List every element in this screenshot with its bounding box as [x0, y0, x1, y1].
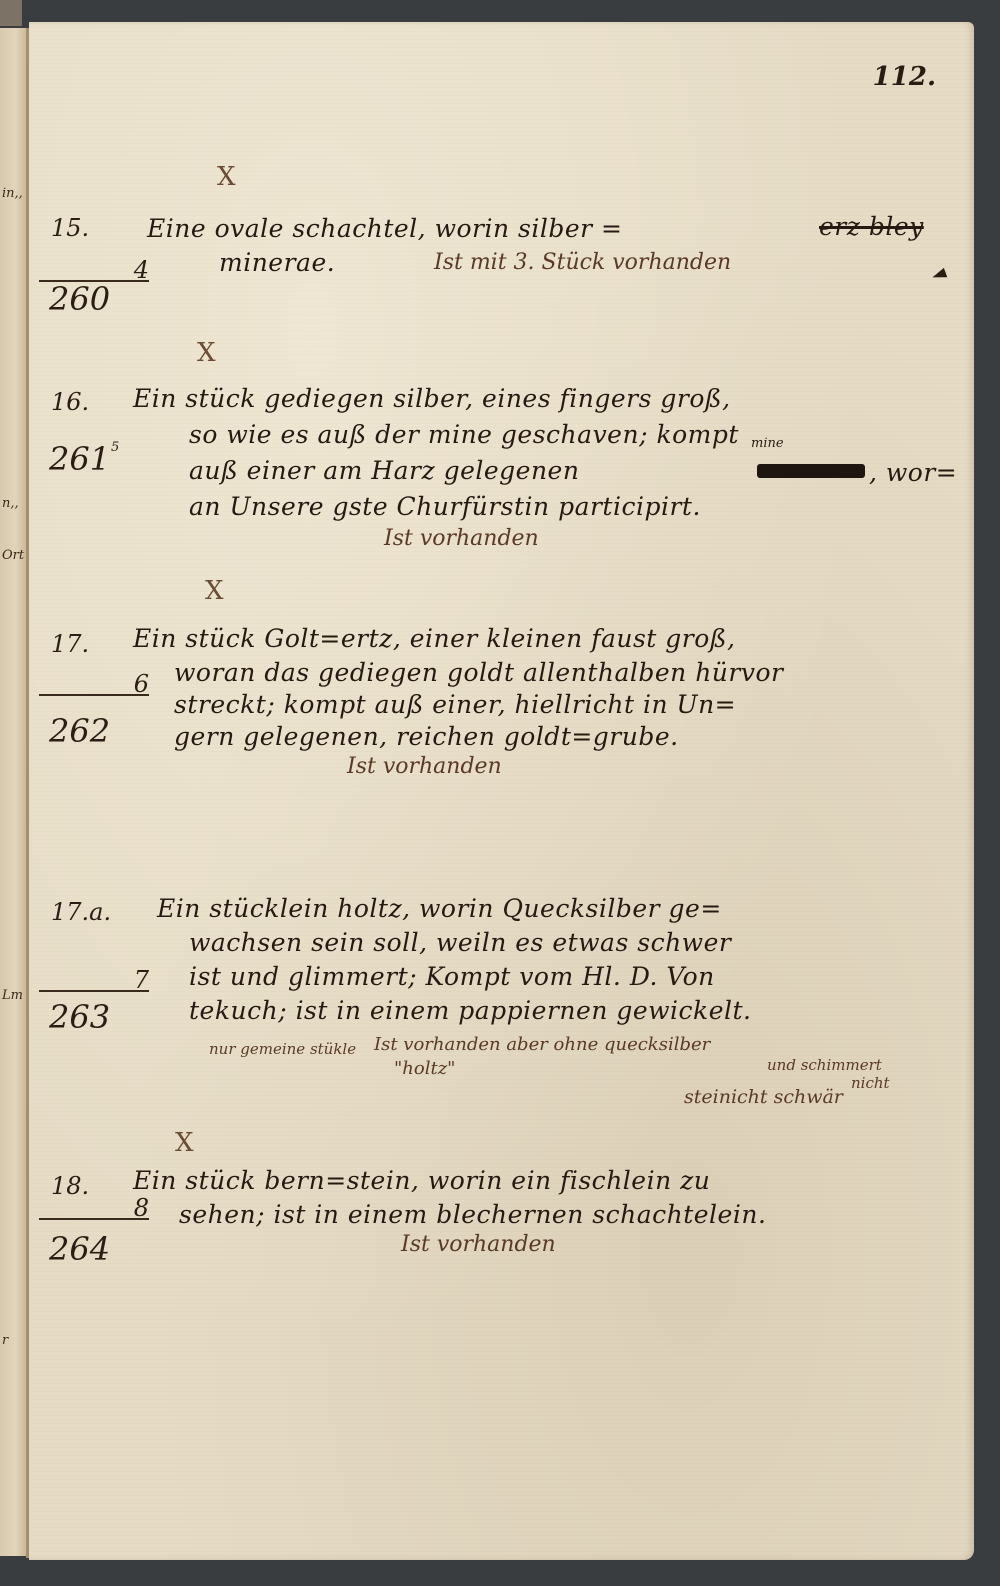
struck-text: erz bley	[819, 212, 924, 241]
entry-number: 15.	[51, 214, 89, 242]
previous-page-edge: in,, n,, Ort Lm r	[0, 28, 27, 1556]
folio-number: 112.	[873, 62, 936, 92]
margin-fragment: r	[2, 1333, 8, 1348]
verification-note: Ist vorhanden aber ohne quecksilber	[374, 1034, 710, 1055]
catalog-number: 262	[49, 712, 110, 750]
margin-fragment: in,,	[2, 186, 23, 201]
entry-number: 18.	[51, 1172, 89, 1200]
entry-text-line: Ein stück gediegen silber, eines fingers…	[133, 384, 731, 413]
ink-blot-deletion	[757, 464, 865, 478]
entry-text-line: so wie es auß der mine geschaven; kompt	[189, 420, 739, 449]
margin-fragment: Lm	[2, 988, 23, 1003]
entry-text-line: an Unsere gste Churfürstin participirt.	[189, 492, 701, 521]
entry-text-line: Ein stücklein holtz, worin Quecksilber g…	[157, 894, 722, 923]
verification-note: Ist vorhanden	[401, 1232, 556, 1257]
annotation-right-mid: nicht	[851, 1074, 890, 1092]
check-mark-icon: X	[175, 1130, 194, 1156]
entry-text-line: Ein stück bern=stein, worin ein fischlei…	[133, 1166, 710, 1195]
annotation-left: nur gemeine stükle	[209, 1040, 356, 1058]
entry-text-line: sehen; ist in einem blechernen schachtel…	[179, 1200, 766, 1229]
check-mark-icon: X	[197, 340, 216, 366]
entry-text-line: streckt; kompt auß einer, hiellricht in …	[174, 690, 736, 719]
catalog-number: 264	[49, 1230, 110, 1268]
entry-number: 17.	[51, 630, 89, 658]
catalog-number: 263	[49, 998, 110, 1036]
annotation-right-top: und schimmert	[767, 1056, 882, 1074]
entry-text-line: Ein stück Golt=ertz, einer kleinen faust…	[133, 624, 735, 653]
entry-number: 17.a.	[51, 898, 111, 926]
verification-note: Ist mit 3. Stück vorhanden	[434, 250, 731, 275]
verification-note: Ist vorhanden	[347, 754, 502, 779]
margin-fragment: n,,	[2, 496, 19, 511]
catalog-number: 260	[49, 280, 110, 318]
annotation-holtz: "holtz"	[394, 1058, 455, 1079]
check-mark-icon: X	[205, 578, 224, 604]
entry-text-line: ist und glimmert; Kompt vom Hl. D. Von	[189, 962, 715, 991]
catalog-superscript: 5	[111, 440, 119, 455]
insertion-above: mine	[751, 436, 784, 451]
entry-text-line: , wor=	[869, 458, 957, 487]
entry-text-line: minerae.	[219, 248, 335, 277]
book-edge	[0, 0, 22, 26]
entry-number: 16.	[51, 388, 89, 416]
verification-note: Ist vorhanden	[384, 526, 539, 551]
entry-text-line: auß einer am Harz gelegenen	[189, 456, 579, 485]
entry-text-line: Eine ovale schachtel, worin silber =	[147, 214, 622, 243]
catalog-number: 261	[49, 440, 110, 478]
margin-fragment: Ort	[2, 548, 24, 563]
annotation-right-bottom: steinicht schwär	[684, 1086, 843, 1108]
entry-text-line: tekuch; ist in einem pappiernen gewickel…	[189, 996, 752, 1025]
check-mark-icon: X	[217, 164, 236, 190]
entry-text-line: woran das gediegen goldt allenthalben hü…	[174, 658, 784, 687]
entry-text-line: gern gelegenen, reichen goldt=grube.	[174, 722, 679, 751]
ink-mark	[931, 268, 948, 282]
entry-text-line: wachsen sein soll, weiln es etwas schwer	[189, 928, 731, 957]
manuscript-page: 112. X 15. 4 260 Eine ovale schachtel, w…	[29, 22, 974, 1560]
